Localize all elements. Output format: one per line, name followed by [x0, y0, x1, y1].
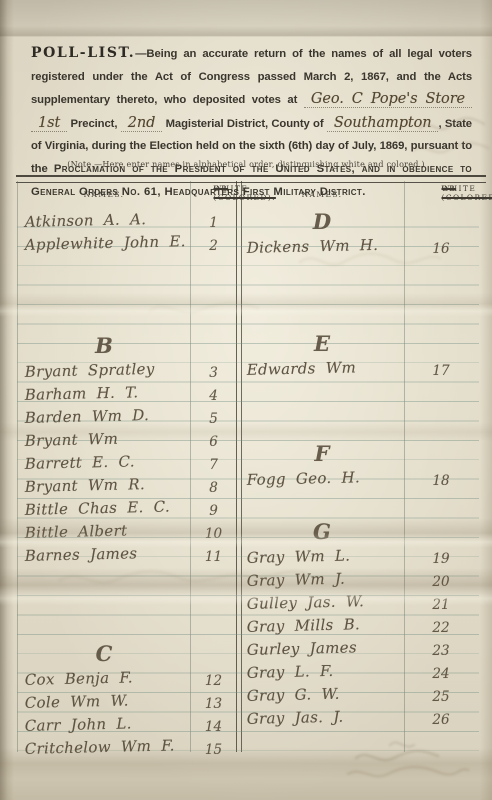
- voter-number: 9: [190, 503, 237, 519]
- voter-row: Critchelow Wm F.15: [18, 735, 237, 758]
- voter-number: 7: [190, 457, 237, 473]
- blank-ledger-rows: [240, 257, 478, 330]
- voter-row: Gray L. F.24: [240, 659, 478, 682]
- voter-number: 12: [190, 673, 237, 689]
- voter-number: 16: [404, 241, 478, 257]
- voter-row: Gurley James23: [240, 636, 478, 659]
- voter-number: 6: [190, 434, 237, 450]
- voter-row: Cox Benja F.12: [18, 666, 237, 689]
- voter-name: Bryant Wm R.: [18, 474, 190, 496]
- section-letter-row: G: [240, 518, 478, 544]
- section-letter-row: D: [240, 208, 478, 234]
- section-letter: B: [95, 333, 113, 358]
- voter-number: 18: [404, 473, 478, 489]
- voter-row: Barham H. T.4: [18, 381, 237, 404]
- voter-number: 3: [190, 365, 237, 381]
- voter-number: 10: [190, 526, 237, 542]
- voter-name: Barham H. T.: [18, 382, 190, 404]
- voter-row: Gray Wm L.19: [240, 544, 478, 567]
- voter-name: Edwards Wm: [240, 357, 404, 379]
- section-letter: C: [96, 641, 113, 666]
- voter-column-left: Atkinson A. A.1Applewhite John E.2BBryan…: [18, 208, 237, 758]
- voter-number: 24: [404, 666, 478, 682]
- voter-number: 21: [404, 597, 478, 613]
- voter-row: Gray Mills B.22: [240, 613, 478, 636]
- voter-name: Gray G. W.: [240, 683, 404, 705]
- voter-name: Gray Wm L.: [240, 545, 404, 567]
- voter-number: 15: [190, 742, 237, 758]
- voter-name: Barrett E. C.: [18, 451, 190, 473]
- blank-ledger-rows: [18, 254, 237, 332]
- voter-name: Fogg Geo. H.: [240, 467, 404, 489]
- section-letter-row: B: [18, 332, 237, 358]
- precinct-label: Precinct,: [71, 118, 118, 130]
- voter-number: 17: [404, 363, 478, 379]
- voter-number: 26: [404, 712, 478, 728]
- poll-list-title: POLL-LIST.: [31, 45, 135, 61]
- paper-right-edge-shadow: [480, 0, 492, 800]
- voter-name: Applewhite John E.: [18, 232, 190, 254]
- section-letter: E: [314, 331, 330, 356]
- voter-name: Bryant Spratley: [18, 359, 190, 381]
- voter-number: 5: [190, 411, 237, 427]
- district-label: Magisterial District, County of: [166, 118, 324, 130]
- paper-left-edge-shadow: [0, 0, 14, 800]
- voter-row: Bittle Chas E. C.9: [18, 496, 237, 519]
- blank-ledger-rows: [240, 379, 478, 440]
- voter-number: 8: [190, 480, 237, 496]
- names-header-left: NAMES.: [18, 190, 190, 199]
- voter-name: Gray Jas. J.: [240, 706, 404, 728]
- blank-ledger-rows: [240, 489, 478, 518]
- section-letter: F: [315, 441, 330, 466]
- voter-number: 22: [404, 620, 478, 636]
- voter-column-right: DDickens Wm H.16EEdwards Wm17FFogg Geo. …: [240, 208, 478, 728]
- table-top-border: [16, 175, 486, 183]
- scanned-document: POLL-LIST.—Being an accurate return of t…: [0, 0, 492, 800]
- voter-row: Bryant Wm R.8: [18, 473, 237, 496]
- blank-ledger-rows: [18, 565, 237, 640]
- voter-name: Bittle Albert: [18, 520, 190, 542]
- voter-name: Gurley James: [240, 637, 404, 659]
- voter-number: 19: [404, 551, 478, 567]
- voter-name: Cox Benja F.: [18, 667, 190, 689]
- voter-number: 2: [190, 238, 237, 254]
- handwritten-place: Geo. C Pope's Store: [304, 91, 472, 108]
- names-header-right: NAMES.: [240, 190, 404, 199]
- voter-row: Gray G. W.25: [240, 682, 478, 705]
- voter-name: Atkinson A. A.: [18, 209, 190, 231]
- voter-name: Bittle Chas E. C.: [18, 497, 190, 519]
- voter-number: 11: [190, 549, 237, 565]
- voter-number: 23: [404, 643, 478, 659]
- handwritten-precinct-number: 1st: [31, 115, 67, 132]
- voter-name: Dickens Wm H.: [240, 235, 404, 257]
- voter-row: Applewhite John E.2: [18, 231, 237, 254]
- handwritten-district-number: 2nd: [121, 115, 163, 132]
- section-letter-row: C: [18, 640, 237, 666]
- voter-name: Gray L. F.: [240, 660, 404, 682]
- section-letter: D: [313, 209, 331, 234]
- voter-name: Barnes James: [18, 543, 190, 565]
- voter-row: Barnes James11: [18, 542, 237, 565]
- section-letter-row: F: [240, 440, 478, 466]
- scan-top-strip: [0, 0, 492, 37]
- voter-row: Cole Wm W.13: [18, 689, 237, 712]
- voter-row: Bryant Spratley3: [18, 358, 237, 381]
- voter-row: Barrett E. C.7: [18, 450, 237, 473]
- voter-row: Atkinson A. A.1: [18, 208, 237, 231]
- section-letter: G: [313, 519, 331, 544]
- voter-name: Carr John L.: [18, 713, 190, 735]
- voter-row: Barden Wm D.5: [18, 404, 237, 427]
- voter-name: Gray Mills B.: [240, 614, 404, 636]
- section-letter-row: E: [240, 330, 478, 356]
- colored-label-struck: (COLORED).: [442, 194, 492, 203]
- white-or-colored-header-left: WHITE OR(COLORED).: [190, 185, 237, 194]
- voter-name: Gulley Jas. W.: [240, 591, 404, 613]
- instruction-note: (Note.—Here enter names in alphabetical …: [0, 160, 492, 169]
- voter-name: Barden Wm D.: [18, 405, 190, 427]
- voter-name: Bryant Wm: [18, 428, 190, 450]
- voter-row: Gray Wm J.20: [240, 567, 478, 590]
- voter-row: Carr John L.14: [18, 712, 237, 735]
- voter-row: Bittle Albert10: [18, 519, 237, 542]
- voter-row: Edwards Wm17: [240, 356, 478, 379]
- voter-name: Cole Wm W.: [18, 690, 190, 712]
- voter-row: Fogg Geo. H.18: [240, 466, 478, 489]
- voter-name: Gray Wm J.: [240, 568, 404, 590]
- voter-number: 4: [190, 388, 237, 404]
- voter-name: Critchelow Wm F.: [18, 736, 190, 758]
- handwritten-county: Southampton: [327, 115, 439, 132]
- voter-number: 25: [404, 689, 478, 705]
- voter-number: 14: [190, 719, 237, 735]
- voter-row: Gulley Jas. W.21: [240, 590, 478, 613]
- voter-row: Bryant Wm6: [18, 427, 237, 450]
- voter-row: Gray Jas. J.26: [240, 705, 478, 728]
- voter-number: 20: [404, 574, 478, 590]
- voter-number: 13: [190, 696, 237, 712]
- white-or-colored-header-right: WHITE OR(COLORED).: [405, 185, 478, 194]
- voter-number: 1: [190, 215, 237, 231]
- voter-row: Dickens Wm H.16: [240, 234, 478, 257]
